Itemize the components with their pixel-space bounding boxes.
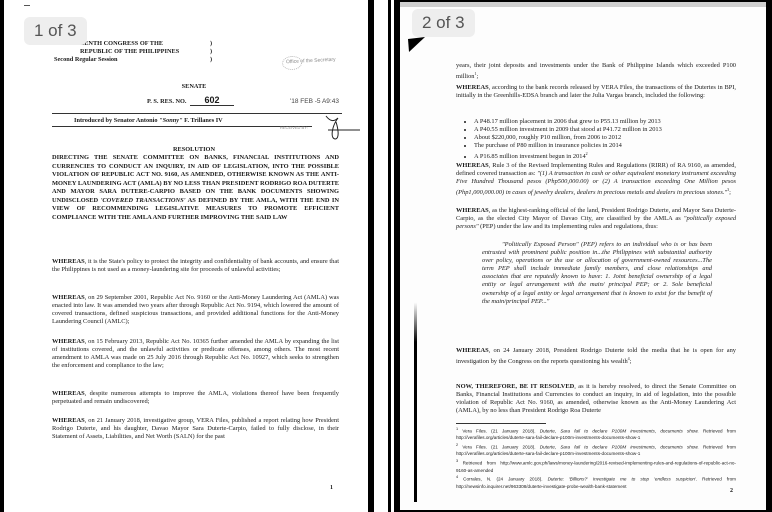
header-line-2: REPUBLIC OF THE PHILIPPINES bbox=[80, 48, 179, 56]
page-number: 2 bbox=[730, 488, 733, 494]
footnote-rule bbox=[456, 423, 546, 424]
page-counter-badge: 2 of 3 bbox=[412, 9, 475, 37]
document-page-2[interactable]: years, their joint deposits and investme… bbox=[400, 2, 766, 510]
transaction-list: A P48.17 million placement in 2006 that … bbox=[464, 118, 744, 161]
whereas-paragraph: WHEREAS, on 29 September 2001, Republic … bbox=[52, 294, 339, 326]
received-timestamp: '18 FEB -5 A9:43 bbox=[290, 98, 339, 105]
header-line-1: EENTH CONGRESS OF THE bbox=[80, 40, 179, 48]
chamber-label: SENATE bbox=[154, 83, 234, 91]
footnote: 1 Vera Files. (21 January 2018). Duterte… bbox=[456, 426, 736, 442]
footnote: 2 Vera Files. (21 January 2018). Duterte… bbox=[456, 442, 736, 458]
whereas-paragraph: WHEREAS, despite numerous attempts to im… bbox=[52, 390, 339, 406]
document-page-1[interactable]: EENTH CONGRESS OF THE REPUBLIC OF THE PH… bbox=[4, 0, 368, 512]
continued-paragraph: years, their joint deposits and investme… bbox=[456, 62, 736, 81]
page-number: 1 bbox=[330, 485, 333, 491]
received-by-label: RECEIVED BY: bbox=[280, 125, 308, 130]
whereas-paragraph: WHEREAS, as the highest-ranking official… bbox=[456, 207, 736, 231]
congress-header: EENTH CONGRESS OF THE REPUBLIC OF THE PH… bbox=[80, 40, 179, 56]
footnote: 3 Retrieved from http://www.amlc.gov.ph/… bbox=[456, 458, 736, 474]
whereas-paragraph: WHEREAS, on 15 February 2013, Republic A… bbox=[52, 338, 339, 370]
cursor-arrow-icon bbox=[408, 37, 426, 53]
resolution-number-label: P. S. RES. NO. bbox=[147, 98, 186, 105]
list-item: A P16.85 million investment begun in 201… bbox=[474, 150, 744, 161]
list-item: The purchase of P80 million in insurance… bbox=[474, 142, 744, 150]
whereas-paragraph: WHEREAS, it is the State's policy to pro… bbox=[52, 258, 339, 274]
list-item: A P48.17 million placement in 2006 that … bbox=[474, 118, 744, 126]
resolution-title: DIRECTING THE SENATE COMMITTEE ON BANKS,… bbox=[52, 154, 339, 222]
office-stamp: Office of the Secretary bbox=[286, 57, 336, 66]
whereas-paragraph: WHEREAS, on 24 January 2018, President R… bbox=[456, 347, 736, 366]
rule-top bbox=[52, 113, 342, 114]
scan-mark bbox=[24, 5, 30, 6]
resolution-number-value: 602 bbox=[190, 97, 234, 106]
whereas-paragraph: WHEREAS, according to the bank records r… bbox=[456, 84, 736, 100]
pep-definition-quote: "Politically Exposed Person" (PEP) refer… bbox=[482, 241, 712, 306]
signature-icon bbox=[322, 112, 362, 142]
session-label: Second Regular Session bbox=[54, 56, 118, 64]
scan-edge-shadow bbox=[414, 302, 417, 502]
footnote: 4 Corrales, N. (24 January 2018). Dutert… bbox=[456, 474, 736, 490]
list-item: About $220,000, roughly P10 million, fro… bbox=[474, 134, 744, 142]
whereas-paragraph: WHEREAS, on 21 January 2018, investigati… bbox=[52, 417, 339, 441]
header-braces: ) ) ) bbox=[210, 40, 212, 63]
resolved-paragraph: NOW, THEREFORE, BE IT RESOLVED, as it is… bbox=[456, 383, 736, 415]
page-counter-badge: 1 of 3 bbox=[24, 17, 87, 45]
introduced-by: Introduced by Senator Antonio "Sonny" F.… bbox=[74, 117, 223, 125]
page-gap-line bbox=[374, 0, 388, 512]
whereas-paragraph: WHEREAS, Rule 3 of the Revised Implement… bbox=[456, 162, 736, 198]
page-top-edge bbox=[400, 2, 766, 7]
list-item: A P40.55 million investment in 2009 that… bbox=[474, 126, 744, 134]
resolution-number: P. S. RES. NO. 602 bbox=[147, 97, 234, 106]
resolution-heading: RESOLUTION bbox=[154, 146, 234, 154]
rule-bottom bbox=[52, 126, 312, 127]
footnotes: 1 Vera Files. (21 January 2018). Duterte… bbox=[456, 426, 736, 491]
